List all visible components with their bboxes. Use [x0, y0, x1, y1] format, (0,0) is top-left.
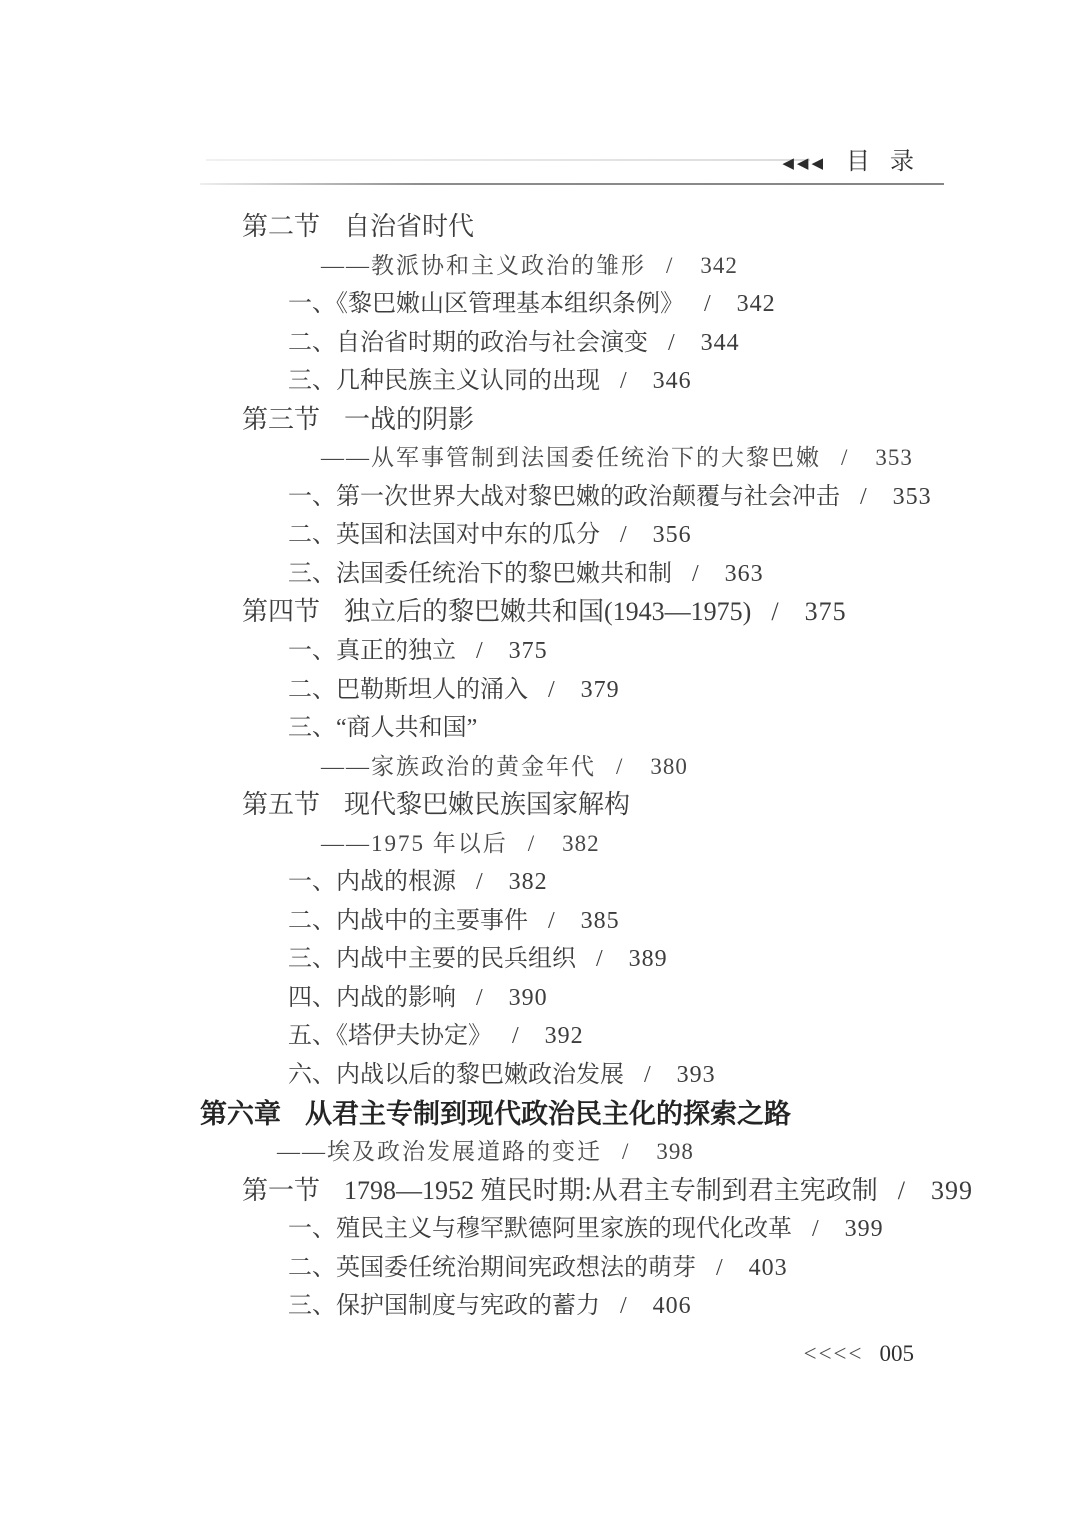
toc-entry-page: 406 [653, 1293, 692, 1319]
toc-entry-separator: / [812, 1216, 819, 1242]
toc-entry-title: 1798—1952 殖民时期:从君主专制到君主宪政制 [344, 1176, 878, 1205]
toc-entry: 二、自治省时期的政治与社会演变/344 [0, 324, 1080, 363]
toc-entry-separator: / [596, 946, 603, 972]
toc-entry: 二、英国委任统治期间宪政想法的萌芽/403 [0, 1249, 1080, 1288]
page-footer: <<<< 005 [804, 1342, 914, 1365]
toc-entry-page: 399 [931, 1176, 973, 1205]
toc-entry-page: 356 [653, 522, 692, 548]
toc-entry-page: 382 [509, 869, 548, 895]
toc-entry: 三、“商人共和国” [0, 709, 1080, 748]
toc-entry: ——家族政治的黄金年代/380 [0, 748, 1080, 787]
toc-entry-label: 第六章 [200, 1099, 281, 1129]
toc-entry-page: 385 [581, 908, 620, 934]
toc-entry-separator: / [771, 597, 778, 626]
toc-entry: 第五节现代黎巴嫩民族国家解构 [0, 786, 1080, 825]
toc-entry: 六、内战以后的黎巴嫩政治发展/393 [0, 1056, 1080, 1095]
toc-entry-label: 第一节 [242, 1176, 320, 1205]
toc-entry: ——1975 年以后/382 [0, 825, 1080, 864]
toc-entry-page: 389 [629, 946, 668, 972]
toc-entry-page: 342 [700, 253, 738, 278]
toc-entry-page: 403 [749, 1255, 788, 1281]
toc-entry: 三、保护国制度与宪政的蓄力/406 [0, 1287, 1080, 1326]
left-arrows-icon: ◀◀◀ [782, 153, 826, 171]
toc-entry-page: 346 [653, 368, 692, 394]
book-page: ◀◀◀ 目 录 第二节自治省时代——教派协和主义政治的雏形/342一、《黎巴嫩山… [0, 0, 1080, 1526]
toc-entry-title: ——埃及政治发展道路的变迁 [277, 1139, 602, 1164]
toc-entry-page: 342 [737, 291, 776, 317]
toc-entry-separator: / [476, 985, 483, 1011]
toc-entry-title: 现代黎巴嫩民族国家解构 [344, 790, 630, 819]
toc-entry-title: 从君主专制到现代政治民主化的探索之路 [305, 1099, 791, 1129]
toc-entry-separator: / [476, 638, 483, 664]
toc-entry-separator: / [841, 445, 849, 470]
toc-entry-separator: / [620, 522, 627, 548]
toc-entry-separator: / [644, 1062, 651, 1088]
toc-entry: 一、殖民主义与穆罕默德阿里家族的现代化改革/399 [0, 1210, 1080, 1249]
toc-entry: 二、内战中的主要事件/385 [0, 902, 1080, 941]
toc-entry-page: 379 [581, 677, 620, 703]
toc-entry-title: 三、保护国制度与宪政的蓄力 [288, 1293, 600, 1319]
toc-entry-separator: / [716, 1255, 723, 1281]
footer-page-number: 005 [880, 1342, 915, 1365]
toc-entry-title: ——1975 年以后 [321, 831, 508, 856]
toc-entry: 第六章从君主专制到现代政治民主化的探索之路 [0, 1095, 1080, 1134]
toc-entry-page: 375 [805, 597, 847, 626]
toc-entry-title: 一、第一次世界大战对黎巴嫩的政治颠覆与社会冲击 [288, 484, 840, 510]
toc-entry-label: 第二节 [242, 212, 320, 241]
toc-entry-separator: / [620, 1293, 627, 1319]
toc-entry-separator: / [620, 368, 627, 394]
toc-entry-page: 398 [656, 1139, 694, 1164]
toc-entry-title: 二、巴勒斯坦人的涌入 [288, 677, 528, 703]
toc-entry-page: 375 [509, 638, 548, 664]
toc-entry: 第三节一战的阴影 [0, 401, 1080, 440]
toc-entry: 一、《黎巴嫩山区管理基本组织条例》/342 [0, 285, 1080, 324]
toc-entry-label: 第五节 [242, 790, 320, 819]
toc-entry: 四、内战的影响/390 [0, 979, 1080, 1018]
toc-entry: 二、英国和法国对中东的瓜分/356 [0, 516, 1080, 555]
page-header: ◀◀◀ 目 录 [782, 150, 914, 174]
toc-entry-page: 382 [562, 831, 600, 856]
toc-entry: 第四节独立后的黎巴嫩共和国(1943—1975)/375 [0, 593, 1080, 632]
toc-entry-title: 一、真正的独立 [288, 638, 456, 664]
toc-entry-page: 363 [725, 561, 764, 587]
toc-entry-separator: / [616, 754, 624, 779]
toc-entry-title: 独立后的黎巴嫩共和国(1943—1975) [344, 597, 751, 626]
toc-entry: 一、第一次世界大战对黎巴嫩的政治颠覆与社会冲击/353 [0, 478, 1080, 517]
toc-entry-page: 392 [545, 1023, 584, 1049]
toc-entry-title: 三、内战中主要的民兵组织 [288, 946, 576, 972]
toc-entry-title: 二、英国和法国对中东的瓜分 [288, 522, 600, 548]
toc-entry-title: 二、英国委任统治期间宪政想法的萌芽 [288, 1255, 696, 1281]
toc-entry: 三、几种民族主义认同的出现/346 [0, 362, 1080, 401]
toc-entry-page: 390 [509, 985, 548, 1011]
header-rule-light [206, 159, 810, 161]
toc-entry-title: 自治省时代 [344, 212, 474, 241]
toc-entry-page: 344 [701, 330, 740, 356]
toc-entry: 第一节1798—1952 殖民时期:从君主专制到君主宪政制/399 [0, 1172, 1080, 1211]
toc-entry: 五、《塔伊夫协定》/392 [0, 1017, 1080, 1056]
toc-entry-separator: / [692, 561, 699, 587]
footer-chevrons-icon: <<<< [804, 1342, 864, 1365]
toc-entry-separator: / [704, 291, 711, 317]
toc-entry-separator: / [528, 831, 536, 856]
toc-entry-title: 三、“商人共和国” [288, 715, 477, 741]
toc-entry-title: 二、自治省时期的政治与社会演变 [288, 330, 648, 356]
header-rule [200, 183, 944, 185]
toc-entry-title: ——教派协和主义政治的雏形 [321, 253, 646, 278]
header-title-char-1: 目 [846, 150, 870, 174]
toc-entry-separator: / [666, 253, 674, 278]
header-title-char-2: 录 [890, 150, 914, 174]
toc-entry: 三、内战中主要的民兵组织/389 [0, 940, 1080, 979]
toc-entry-separator: / [898, 1176, 905, 1205]
toc-entry-page: 380 [650, 754, 688, 779]
toc-entry-page: 399 [845, 1216, 884, 1242]
toc-list: 第二节自治省时代——教派协和主义政治的雏形/342一、《黎巴嫩山区管理基本组织条… [0, 208, 1080, 1326]
toc-entry-title: ——从军事管制到法国委任统治下的大黎巴嫩 [321, 445, 821, 470]
toc-entry-label: 第四节 [242, 597, 320, 626]
toc-entry-title: 五、《塔伊夫协定》 [288, 1023, 492, 1049]
toc-entry: 一、真正的独立/375 [0, 632, 1080, 671]
toc-entry-title: 一、殖民主义与穆罕默德阿里家族的现代化改革 [288, 1216, 792, 1242]
toc-entry-page: 393 [677, 1062, 716, 1088]
toc-entry-separator: / [668, 330, 675, 356]
toc-entry-title: 二、内战中的主要事件 [288, 908, 528, 934]
toc-entry-title: 一、《黎巴嫩山区管理基本组织条例》 [288, 291, 684, 317]
toc-entry-separator: / [622, 1139, 630, 1164]
toc-entry-separator: / [860, 484, 867, 510]
toc-entry-separator: / [476, 869, 483, 895]
toc-entry: 一、内战的根源/382 [0, 863, 1080, 902]
toc-entry-separator: / [548, 908, 555, 934]
toc-entry: 第二节自治省时代 [0, 208, 1080, 247]
toc-entry-title: 六、内战以后的黎巴嫩政治发展 [288, 1062, 624, 1088]
toc-entry-title: 三、几种民族主义认同的出现 [288, 368, 600, 394]
toc-entry: ——教派协和主义政治的雏形/342 [0, 247, 1080, 286]
toc-entry: ——埃及政治发展道路的变迁/398 [0, 1133, 1080, 1172]
toc-entry-page: 353 [893, 484, 932, 510]
toc-entry-title: 三、法国委任统治下的黎巴嫩共和制 [288, 561, 672, 587]
toc-entry-title: 一、内战的根源 [288, 869, 456, 895]
toc-entry-page: 353 [875, 445, 913, 470]
toc-entry-title: 四、内战的影响 [288, 985, 456, 1011]
toc-entry-separator: / [548, 677, 555, 703]
toc-entry: 二、巴勒斯坦人的涌入/379 [0, 671, 1080, 710]
toc-entry: 三、法国委任统治下的黎巴嫩共和制/363 [0, 555, 1080, 594]
toc-entry-title: ——家族政治的黄金年代 [321, 754, 596, 779]
toc-entry: ——从军事管制到法国委任统治下的大黎巴嫩/353 [0, 439, 1080, 478]
toc-entry-label: 第三节 [242, 405, 320, 434]
toc-entry-title: 一战的阴影 [344, 405, 474, 434]
toc-entry-separator: / [512, 1023, 519, 1049]
